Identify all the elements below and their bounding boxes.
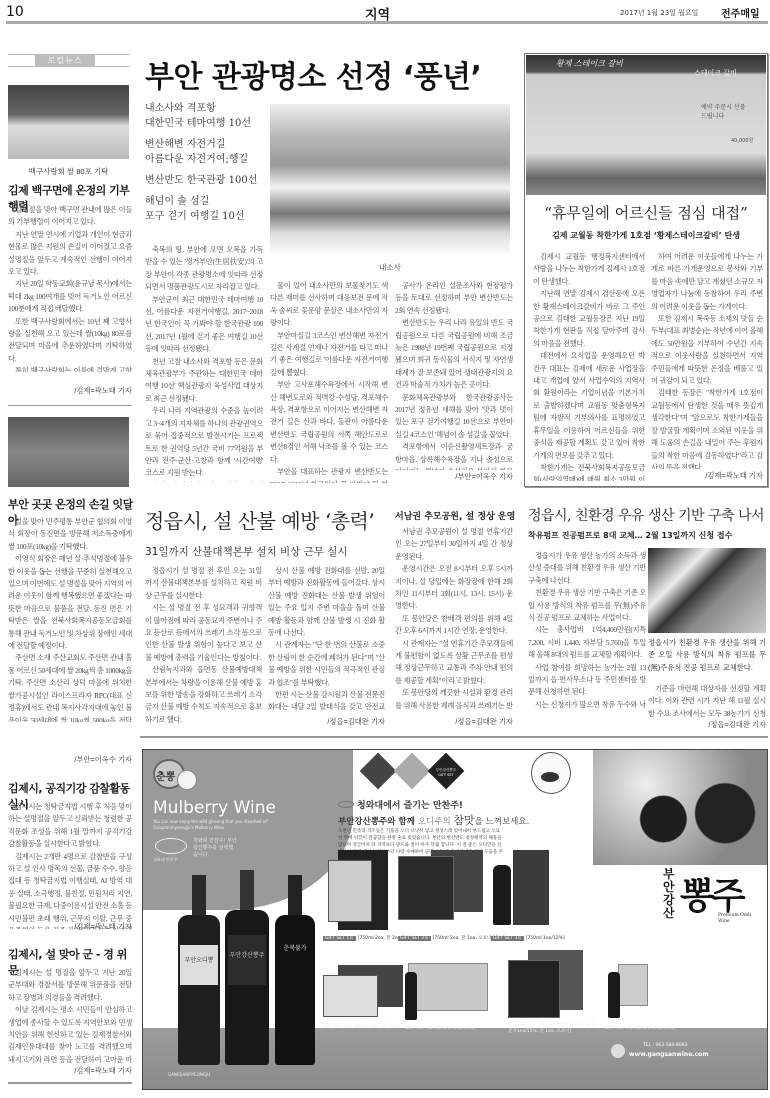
milk-body-col2: 기준을 마련해 대상자를 선정할 계획이다. 이와 관련 시가 지난 해 11월… — [648, 683, 766, 719]
bottle-label-1: 부안오디뽕 — [180, 945, 218, 985]
paper-name: 전주매일 — [721, 5, 760, 20]
paragraph: 착한가게는 전북사회복지공동모금회(사랑의열매)에 매월 최소 3만원 이상, … — [533, 462, 645, 481]
ad-phone: TEL : 063-584-8063 — [643, 1043, 687, 1048]
paragraph: 시 관계자는 "설 연휴기간 추모객들에게 불편함이 없도록 상황 근무조를 편… — [395, 638, 513, 688]
gift-set-5-spec: GIFT SET 5호[375ml 5ea/13%] — [405, 1025, 475, 1031]
issue-date: 2017년 1월 23일 월요일 — [620, 8, 698, 18]
lead-body-col3: 공사가 온라인 설문조사와 현장평가 등을 토대로 선정하며 부안 변산반도는 … — [395, 280, 513, 470]
article-kimje-inspection-body: 김제시는 청탁금지법 시행 후 처음 맞이하는 설명절을 앞두고 신뢰받는 청렴… — [8, 801, 132, 929]
dairy-cow-photo — [648, 548, 766, 633]
gift-set-4-spec: GIFT SET 4호[500ml 2ea, 잔 2ea/12%] — [323, 1023, 410, 1029]
article-buan-warmth-body: 설을 맞아 민주평통 부안군 협의회 이영식 회장이 동진면을 방문해 저소득층… — [8, 516, 132, 722]
window-sign: 스테이크 갈비 — [694, 68, 737, 78]
paragraph: 운영시간은 오전 8시부터 오후 5시까지이나, 설 당일에는 화장장에 한해 … — [395, 563, 513, 613]
paragraph: 부안 고사포해수욕장에서 시작해 변산 해변도로와 적벽강·수성당, 격포해수욕… — [270, 379, 388, 466]
paragraph: 김제시는 설 명절을 앞두고 지난 20일 군부대와 경찰서를 방문해 위문품을… — [8, 967, 132, 1004]
bluehouse-label: 청와대 만찬주 — [153, 857, 177, 863]
right-byline: /김제=곽노태 기자 — [651, 471, 763, 481]
gift-set-3-bottle — [493, 865, 511, 925]
ad-subtitle: You can now enjoy the wild ginseng that … — [153, 819, 293, 831]
gift-set-5-box — [408, 963, 488, 1011]
header-rule — [6, 21, 768, 24]
paragraph: 또 봉안당의 깨끗한 시설과 환경 관리를 위해 사용한 제례 음식과 쓰레기는… — [395, 687, 513, 713]
mulberry-diamond-photo — [394, 753, 431, 790]
brand-calligraphy-small: 부안강산 — [663, 868, 677, 920]
paragraph: 시는 설 명절 전 후 성묘객과 귀향객이 많아짐에 따라 공동묘지 주변이나 … — [145, 602, 262, 664]
paragraph: 지난 20일 학동교회(윤규남 목사)에서는 떡대 2kg 100여개를 빚어 … — [8, 278, 132, 315]
right-subhead: 김제 교월동 착한가게 1호점 ‘황제스테이크갈비’ 탄생 — [526, 230, 766, 241]
paragraph: 한편 시는 산불 감시원과 산불 전문진화대는 내달 2일 발대식을 갖고 안전… — [268, 689, 385, 713]
seonam-body: 서남권 추모공원이 설 명절 연휴기간인 오는 27일부터 30일까지 4일 간… — [395, 526, 513, 713]
naesosa-photo-caption: 내소사 — [270, 262, 510, 273]
bottle-label-2: 부안강산뽕주 — [228, 935, 266, 985]
paragraph: 지난 연말 연시에 기업과 개인이 현금과 현물로 많은 지원의 손길이 이어졌… — [8, 229, 132, 279]
right-body-col2: 하여 어려운 이웃들에게 나누는 가게로 바른 가게운영으로 봉사와 기부를 마… — [651, 251, 763, 469]
paragraph: 서남권 추모공원이 설 명절 연휴기간인 오는 27일부터 30일까지 4일 간… — [395, 526, 513, 563]
mascot-nose — [541, 772, 559, 782]
mulberry-wine-ad[interactable]: 춘뽕 Mulberry Wine You can now enjoy the w… — [142, 749, 768, 1090]
fire-subhead: 31일까지 산불대책본부 설치 비상 근무 실시 — [145, 544, 347, 559]
paragraph: 대전에서 요식업을 운영해오던 박건우 대표는 김제에 새로운 사업장을 내고 … — [533, 350, 645, 462]
gift-set-2-spec: GIFT SET 2호[750ml 2ea, 잔 1ea, 오프너/12%] — [398, 935, 505, 941]
bluehouse-emblem-icon — [155, 838, 187, 854]
milk-byline: /정읍=김대완 기자 — [648, 720, 766, 730]
gift-set-3-bag — [513, 850, 549, 925]
gift-set-7-bottle — [608, 972, 620, 1018]
paragraph: 설을 맞아 민주평통 부안군 협의회 이영식 회장이 동진면을 방문해 저소득층… — [8, 516, 132, 553]
divider — [140, 736, 768, 738]
paragraph: 사업 참여를 희망하는 농가는 2월 13일까지 읍·면사무소나 동 주민센터를… — [528, 662, 646, 699]
article-kimje-inspection-byline: /김제=곽노태 기자 — [8, 922, 132, 932]
paragraph: 물이 있어 내소사만의 보물찾기도 색다른 재미를 선사하며 대웅보전 문에 작… — [270, 280, 388, 330]
paragraph: 정읍시가 설 명절 전 후인 오는 31일까지 산불대책본부를 설치하고 직원 … — [145, 565, 262, 602]
seonam-title: 서남권 추모공원, 설 정상 운영 — [395, 509, 515, 522]
paragraph: 친환경 우유 생산 기반 구축은 기존 오일 사용 방식의 착유 펌프를 무(無… — [528, 587, 646, 624]
shop-sign: 황제 스테이크 갈비 — [556, 58, 623, 69]
paragraph: 시는 총사업비 1억4,400만원(지특 7,200, 시비 1,440, 자부… — [528, 624, 646, 661]
paragraph: 시는 특히 2월 1일부터 5월 15일까지 운영되는 산불조심 기간에 앞서 — [145, 726, 262, 727]
paragraph: 기준을 마련해 대상자를 선정할 계획이다. 이와 관련 시가 지난 해 11월… — [648, 683, 766, 719]
baekgu-donation-photo — [8, 85, 129, 159]
lead-highlights: 내소사와 격포항대한민국 테마여행 10선 변산해변 자전거길아름다운 자전거여… — [145, 101, 265, 224]
paragraph: 문화체육관광부와 한국관광공사는 2017년 정유년 새해를 맞아 '맛과 멋이… — [395, 392, 513, 442]
milk-subhead: 착유펌프 진공펌프로 8대 교체… 2월 13일까지 신청 접수 — [528, 530, 732, 541]
brand-calligraphy-big: 뽕주 — [680, 868, 742, 919]
paragraph: 김태한 동장은 "착한가게 1호점이 교월동에서 탄생한 것을 매우 뜻깊게 생… — [651, 387, 763, 469]
article-kimje-visit-byline: /김제=곽노태 기자 — [8, 1066, 132, 1076]
wine-bottle-2: 부안강산뽕주 — [225, 870, 269, 1065]
paragraph: 하여 어려운 이웃들에게 나누는 가게로 바른 가게운영으로 봉사와 기부를 마… — [651, 251, 763, 313]
bottle-label-3: 춘북불가 — [277, 943, 313, 952]
article-baekgu-byline: /김제=곽노태 기자 — [8, 386, 132, 396]
baekgu-photo-caption: 백구사랑회 쌀 80포 기탁 — [8, 166, 129, 177]
fire-body-col2: 상시 산불 예방 진화대를 선발, 20일부터 예방과 진화활동에 들어갔다. … — [268, 565, 385, 713]
paragraph: 부안을 대표하는 관광지 변산반도는 '2017~2018년 한국인이 꼭 가봐… — [270, 466, 388, 483]
divider — [8, 1082, 132, 1084]
paragraph: 부안군이 최근 대한민국 테마여행 10선, 아름다운 자전거여행길, 2017… — [145, 294, 263, 356]
paragraph: 공사가 온라인 설문조사와 현장평가 등을 토대로 선정하며 부안 변산반도는 … — [395, 280, 513, 317]
gift-set-6-spec: GIFT SET 6호[500ml 부안뽕1ea/12%, 복분자1ea/15%… — [508, 1023, 598, 1035]
paragraph: 시 관계자는 "단 한 번의 산불로 소중한 산림이 한 순간에 폐허가 된다"… — [268, 639, 385, 689]
paragraph: 우리 나라 지역관광의 수준을 높이려고 3~4개의 지자체를 하나의 관광권역… — [145, 405, 263, 479]
paragraph: 김제시는 청탁금지법 시행 후 처음 맞이하는 설명절을 앞두고 신뢰받는 청렴… — [8, 801, 132, 851]
paragraph: 변산반도는 우리 나라 유일의 반도 국립공원으로 다른 국립공원에 비해 조금… — [395, 317, 513, 391]
steak-restaurant-photo: 황제 스테이크 갈비 스테이크 갈비 예약 주문시 선물 드립니다 40,000… — [526, 55, 766, 195]
ad-tagline-1: 청와대에서 즐기는 만찬주! — [357, 798, 463, 811]
lead-headline: 부안 관광명소 선정 ‘풍년’ — [145, 52, 481, 96]
lead-body-col2: 물이 있어 내소사만의 보물찾기도 색다른 재미를 선사하며 대웅보전 문에 작… — [270, 280, 388, 483]
paragraph: 이영식 회장은 매년 설·추석명절에 불우한 이웃을 돕는 선행을 꾸준히 실천… — [8, 553, 132, 652]
highlight-item: 변산해변 자전거길아름다운 자전거여;행길 — [145, 137, 265, 167]
lead-byline: /부안=이옥수 기자 — [395, 472, 513, 482]
gift-set-7-spec: GIFT SET 7호[375ml 2ea/13%] — [605, 1025, 675, 1031]
fire-byline: /정읍=김대완 기자 — [268, 717, 385, 727]
highlight-item: 내소사와 격포항대한민국 테마여행 10선 — [145, 101, 265, 131]
paragraph: 산림녹지과와 읍면동 산불예방대책본부에서는 차량을 이용해 산불 예방 홍보를… — [145, 664, 262, 726]
highlight-item: 변산반도 한국관광 100선 — [145, 173, 265, 188]
page-number: 10 — [6, 4, 24, 20]
naesosa-temple-photo — [270, 104, 510, 256]
article-baekgu-body: 설명절을 맞아 백구면 관내에 많은 이들의 기부행렬이 이어지고 있다. 지난… — [8, 204, 132, 372]
paragraph: 시는 신청자가 많으면 착유 두수와 낙농 경력, 친환경인증 여부, HACC… — [528, 699, 646, 712]
paragraph: 전나무숲길이 아름다운 천년 고찰 내소사는 대웅전과 고려 동종, 영산회괘불… — [145, 480, 263, 482]
company-logo-icon — [611, 1044, 625, 1058]
gift-set-diamond-label: 부안강산뽕주 GIFT SET — [432, 768, 460, 778]
gift-set-5-bottle — [405, 972, 417, 1020]
bluehouse-small-icon — [338, 801, 354, 808]
ad-tagline-2: 부안강산뽕주와 함께 오디주의 참맛을 느껴보세요. — [338, 812, 529, 828]
paragraph: 부안마실길 3코스인 변산해변 자전거길은 사계절 언제나 자전거를 타고 떠나… — [270, 330, 388, 380]
local-news-badge: 로컬뉴스 — [35, 55, 95, 66]
gift-set-1-inner — [328, 860, 372, 922]
highlight-item: 해넘이 솔 섬길포구 걷기 여행길 10선 — [145, 194, 265, 224]
right-headline: “휴무일에 어르신들 점심 대접” — [526, 202, 766, 223]
paragraph: 축복의 땅, 부안에 오면 오복을 가득 받을 수 있는 '생거부안(生居扶安)… — [145, 244, 263, 294]
buan-donation-photo — [8, 417, 129, 487]
paragraph: 상시 산불 예방 진화대를 선발, 20일부터 예방과 진화활동에 들어갔다. … — [268, 565, 385, 639]
reservation-sign: 예약 주문시 선물 드립니다 — [701, 103, 751, 121]
paragraph: 주산면 소재 주산교회도 주산면 관내 홀몸 어르신 50세대에 쌀 20kg씩… — [8, 652, 132, 722]
milk-body-col1: 정읍시가 우유 생산 농가의 소득과 생산성 증대를 위해 친환경 우유 생산 … — [528, 550, 646, 712]
gift-set-7-box — [618, 964, 648, 1006]
gift-set-4-inner — [323, 975, 378, 1017]
mulberry-diamond-photo — [360, 753, 397, 790]
article-kimje-visit-body: 김제시는 설 명절을 앞두고 지난 20일 군부대와 경찰서를 방문해 위문품을… — [8, 967, 132, 1067]
milk-headline: 정읍시, 친환경 우유 생산 기반 구축 나서 — [528, 505, 764, 525]
wine-bottle-3: 춘북불가 — [275, 875, 315, 1065]
premium-label: Premium Oddi Wine — [718, 913, 763, 925]
price-sign: 40,000원 — [731, 137, 753, 144]
paragraph: 김제시는 2개반 4명으로 감찰반을 구성하고 설 인사 명목의 선물, 금품 … — [8, 851, 132, 929]
gift-set-3-spec: GIFT SET 3호[750ml 1ea/12%] — [491, 935, 565, 941]
ad-title: Mulberry Wine — [153, 798, 276, 818]
right-body-col1: 김제시 교월동 행정복지센터에서 사랑을 나누는 착한가게 김제시 1호점이 탄… — [533, 251, 645, 481]
paragraph: 격포항에서 이순신촬영세트장과 궁항마을, 상록해수욕장을 지나 솔섬으로 이어… — [395, 441, 513, 470]
chunppong-badge-text: 춘뽕 — [156, 768, 175, 783]
mulberry-branch-photo — [593, 750, 768, 865]
article-buan-warmth-byline: /부안=이옥수 기자 — [8, 755, 132, 765]
paragraph: 특히 백구사랑회는 이름에 걸맞게 고향사람들과 출향인으로 구성된 모임으로 … — [8, 365, 132, 372]
milk-photo-caption: 정읍시가 친환경 우유 생산을 위해 기존 오일 사용 방식의 착유 펌프를 무… — [648, 637, 766, 674]
ad-website[interactable]: www.gangsanwine.com — [629, 1051, 708, 1058]
divider — [8, 405, 132, 406]
paragraph: 김제시 교월동 행정복지센터에서 사랑을 나누는 착한가게 김제시 1호점이 탄… — [533, 251, 645, 288]
paragraph: 정읍시가 우유 생산 농가의 소득과 생산성 증대를 위해 친환경 우유 생산 … — [528, 550, 646, 587]
paragraph: 또한 김제시 복죽동 소재의 맛들 순두부(대표 최병순)는 작년에 이어 올해… — [651, 313, 763, 387]
paragraph: 또 봉안당은 참배객 편의를 위해 4일 간 오후 6시까지 1시간 연장, 운… — [395, 613, 513, 638]
paragraph: 또한 백구사랑회에서는 10년 째 고향사랑을 실천해 오고 있는데 쌀(10k… — [8, 316, 132, 366]
bluehouse-text: 청와대 만찬주! 부안강산뽕주를 선택했습니다. — [193, 838, 238, 859]
gift-set-2-inner — [398, 856, 454, 920]
paragraph: 지난해 연말 김제시 검산동에 오픈한 황제스테이크갈비가 바로 그 주인공으로… — [533, 288, 645, 350]
maker-label: GANGSANMYEONGJU — [168, 1072, 210, 1077]
paragraph: 설명절을 맞아 백구면 관내에 많은 이들의 기부행렬이 이어지고 있다. — [8, 204, 132, 229]
paragraph: 이날 김제시는 평소 시민들이 안심하고 생업에 종사할 수 있도록 지역안보와… — [8, 1004, 132, 1067]
badge-rule-bottom — [8, 66, 130, 67]
fire-headline: 정읍시, 설 산불 예방 ‘총력’ — [145, 505, 374, 534]
paragraph: 천년 고찰 내소사와 격포항 등은 문화체육관광부가 주관하는 '대한민국 테마… — [145, 356, 263, 406]
fire-body-col1: 정읍시가 설 명절 전 후인 오는 31일까지 산불대책본부를 설치하고 직원 … — [145, 565, 262, 727]
lead-body-col1: 축복의 땅, 부안에 오면 오복을 가득 받을 수 있는 '생거부안(生居扶安)… — [145, 244, 263, 482]
gift-set-6-box — [508, 960, 560, 1018]
wine-bottle-1: 부안오디뽕 — [178, 875, 220, 1065]
seonam-byline: /정읍=김대완 기자 — [395, 717, 513, 727]
mascot-small-icon — [177, 770, 197, 790]
